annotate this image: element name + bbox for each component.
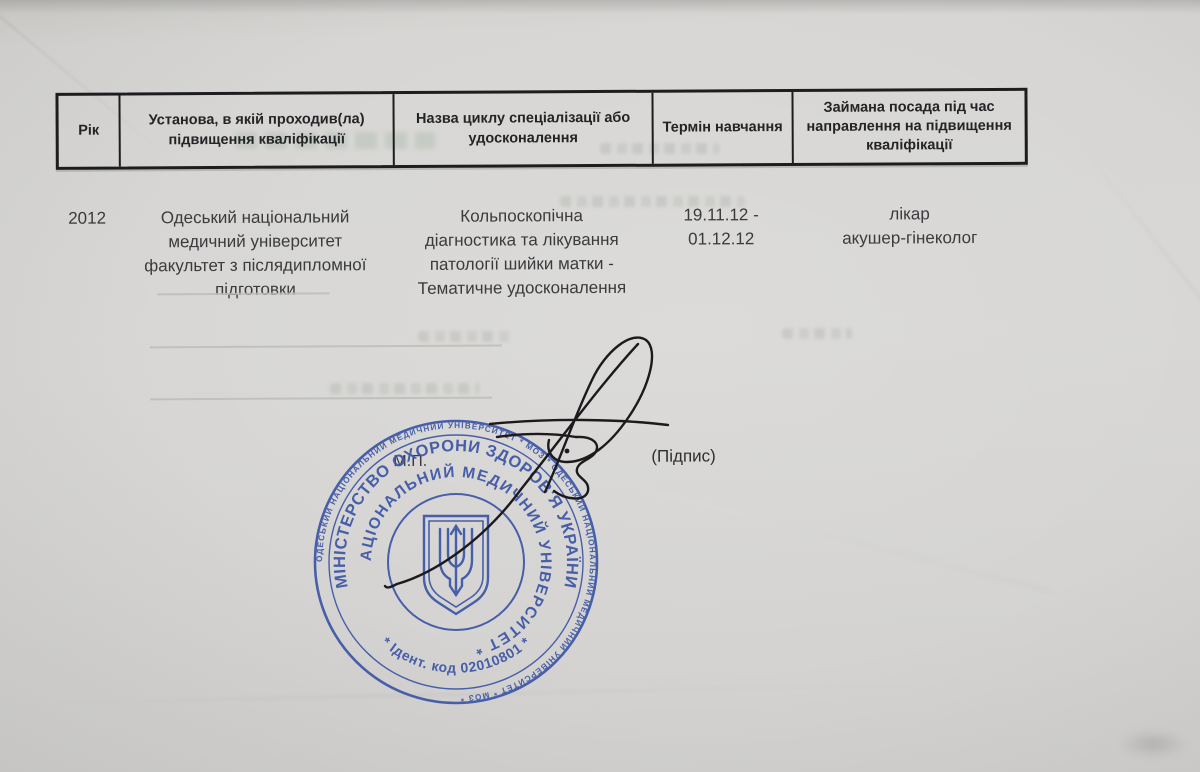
signature-caption: (Підпис) (651, 446, 716, 466)
header-label: Термін навчання (663, 118, 783, 138)
year-value: 2012 (60, 207, 114, 231)
university-seal: ОДЕСЬКИЙ НАЦІОНАЛЬНИЙ МЕДИЧНИЙ УНІВЕРСИТ… (306, 412, 606, 712)
trident-icon (440, 526, 472, 595)
cycle-line: Кольпоскопічна (396, 204, 647, 229)
cycle-line: Тематичне удосконалення (396, 276, 647, 301)
scanned-document-page: Рік Установа, в якій проходив(ла) підвищ… (0, 0, 1200, 772)
faint-signature-line (150, 345, 502, 348)
cell-position: лікар акушер-гінеколог (791, 202, 1029, 313)
position-line: лікар (795, 202, 1024, 227)
cycle-line: діагностика та лікування (396, 228, 647, 253)
header-cell-cycle: Назва циклу спеціалізації або удосконале… (394, 93, 653, 165)
header-label: Рік (78, 122, 99, 141)
institution-line: факультет з післядипломної (122, 253, 388, 278)
cell-term: 19.11.12 - 01.12.12 (651, 203, 792, 314)
institution-line: медичний університет (122, 229, 388, 254)
institution-line: Одеський національний (122, 205, 388, 230)
qualification-table-header: Рік Установа, в якій проходив(ла) підвищ… (55, 88, 1027, 170)
table-row: 2012 Одеський національний медичний унів… (56, 202, 1029, 317)
header-cell-institution: Установа, в якій проходив(ла) підвищення… (120, 94, 394, 166)
header-label: Займана посада під час направлення на пі… (801, 98, 1016, 156)
cell-year: 2012 (56, 207, 119, 317)
header-cell-year: Рік (58, 96, 120, 167)
header-label: Установа, в якій проходив(ла) підвищення… (129, 110, 385, 150)
coat-of-arms-shield (424, 516, 488, 614)
header-cell-term: Термін навчання (653, 92, 793, 164)
header-label: Назва циклу спеціалізації або удосконале… (403, 109, 644, 149)
faint-signature-line (150, 397, 492, 400)
institution-line: підготовки (122, 277, 388, 302)
cell-cycle: Кольпоскопічна діагностика та лікування … (392, 204, 652, 315)
term-line: 19.11.12 - (655, 203, 787, 228)
header-cell-position: Займана посада під час направлення на пі… (793, 91, 1024, 163)
term-line: 01.12.12 (655, 227, 787, 252)
cycle-line: патології шийки матки - (396, 252, 647, 277)
position-line: акушер-гінеколог (795, 226, 1024, 251)
cell-institution: Одеський національний медичний університ… (118, 205, 393, 316)
